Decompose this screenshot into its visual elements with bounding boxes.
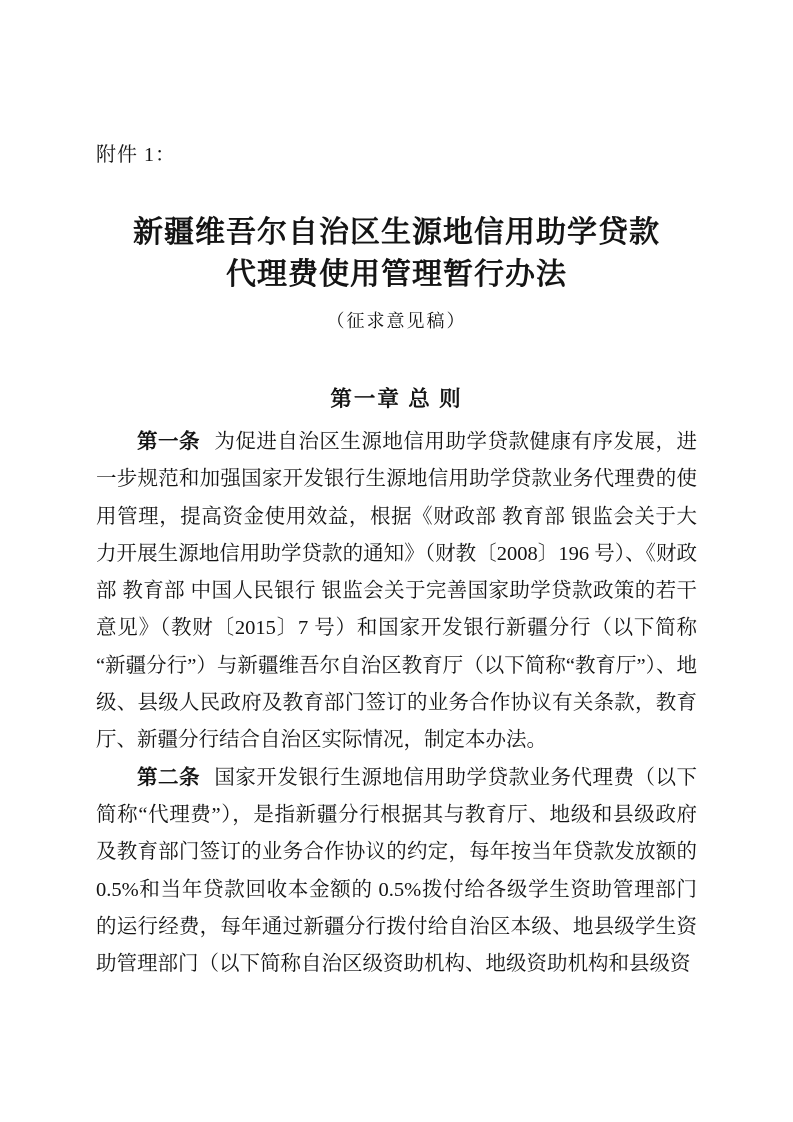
document-title-line-2: 代理费使用管理暂行办法 [96, 254, 697, 296]
draft-note: （征求意见稿） [96, 310, 697, 332]
article-2-text: 国家开发银行生源地信用助学贷款业务代理费（以下简称“代理费”），是指新疆分行根据… [96, 767, 697, 975]
article-2-label: 第二条 [137, 767, 200, 789]
document-content: 附件 1： 新疆维吾尔自治区生源地信用助学贷款 代理费使用管理暂行办法 （征求意… [0, 0, 793, 983]
document-body: 第一条为促进自治区生源地信用助学贷款健康有序发展，进一步规范和加强国家开发银行生… [96, 424, 697, 983]
article-1-label: 第一条 [137, 431, 200, 453]
article-1-text: 为促进自治区生源地信用助学贷款健康有序发展，进一步规范和加强国家开发银行生源地信… [96, 431, 697, 751]
document-title-line-1: 新疆维吾尔自治区生源地信用助学贷款 [96, 212, 697, 254]
article-1: 第一条为促进自治区生源地信用助学贷款健康有序发展，进一步规范和加强国家开发银行生… [96, 424, 697, 760]
article-2: 第二条国家开发银行生源地信用助学贷款业务代理费（以下简称“代理费”），是指新疆分… [96, 760, 697, 984]
document-title: 新疆维吾尔自治区生源地信用助学贷款 代理费使用管理暂行办法 [96, 212, 697, 296]
document-page: 附件 1： 新疆维吾尔自治区生源地信用助学贷款 代理费使用管理暂行办法 （征求意… [0, 0, 793, 1122]
chapter-heading: 第一章 总 则 [96, 386, 697, 412]
attachment-label: 附件 1： [96, 142, 697, 168]
